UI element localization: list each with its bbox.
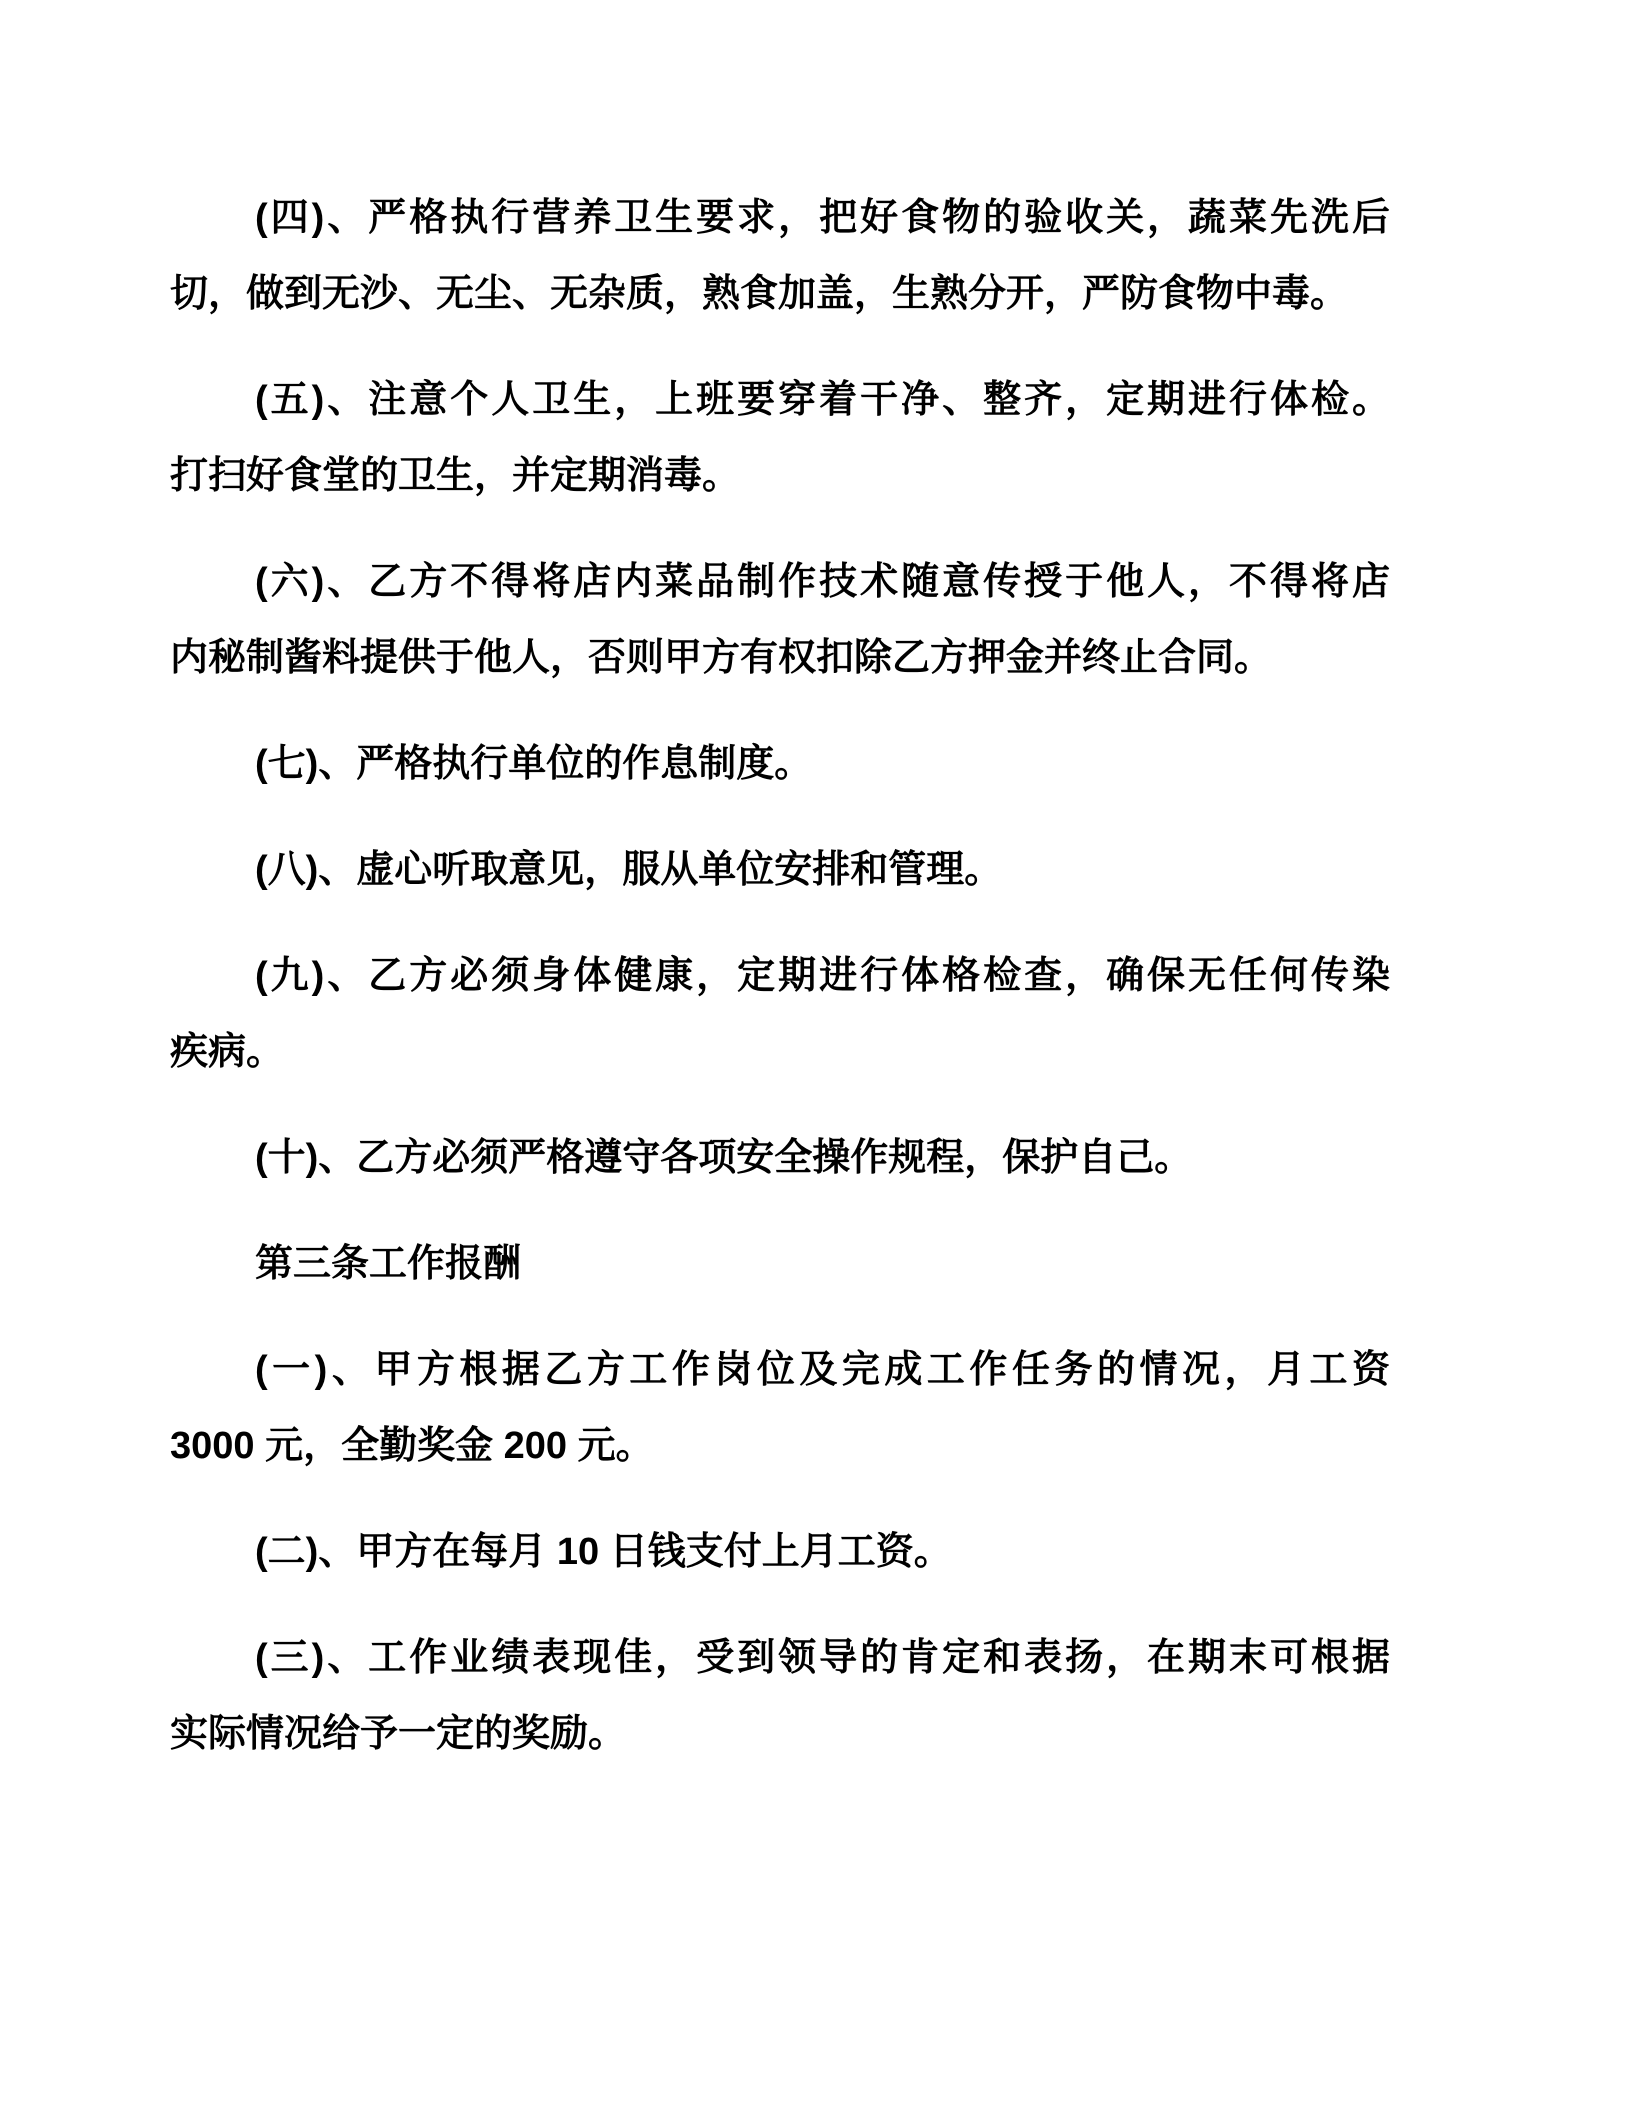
text-line: 实际情况给予一定的奖励。	[170, 1696, 1390, 1772]
paragraph: (十)、乙方必须严格遵守各项安全操作规程，保护自己。	[170, 1120, 1390, 1196]
text-line: (九)、乙方必须身体健康，定期进行体格检查，确保无任何传染	[170, 938, 1390, 1014]
text-line: 打扫好食堂的卫生，并定期消毒。	[170, 438, 1390, 514]
text-line: 疾病。	[170, 1014, 1390, 1090]
text-line: (四)、严格执行营养卫生要求，把好食物的验收关，蔬菜先洗后	[170, 180, 1390, 256]
paragraph: (七)、严格执行单位的作息制度。	[170, 726, 1390, 802]
text-line: (八)、虚心听取意见，服从单位安排和管理。	[170, 832, 1390, 908]
text-line: 切，做到无沙、无尘、无杂质，熟食加盖，生熟分开，严防食物中毒。	[170, 256, 1390, 332]
paragraph: (八)、虚心听取意见，服从单位安排和管理。	[170, 832, 1390, 908]
paragraph: (九)、乙方必须身体健康，定期进行体格检查，确保无任何传染疾病。	[170, 938, 1390, 1090]
text-line: 3000 元，全勤奖金 200 元。	[170, 1408, 1390, 1484]
paragraph: (四)、严格执行营养卫生要求，把好食物的验收关，蔬菜先洗后切，做到无沙、无尘、无…	[170, 180, 1390, 332]
document-body: (四)、严格执行营养卫生要求，把好食物的验收关，蔬菜先洗后切，做到无沙、无尘、无…	[170, 180, 1390, 1802]
text-line: (六)、乙方不得将店内菜品制作技术随意传授于他人，不得将店	[170, 544, 1390, 620]
text-line: (七)、严格执行单位的作息制度。	[170, 726, 1390, 802]
paragraph: 第三条工作报酬	[170, 1226, 1390, 1302]
paragraph: (三)、工作业绩表现佳，受到领导的肯定和表扬，在期末可根据实际情况给予一定的奖励…	[170, 1620, 1390, 1772]
text-line: (三)、工作业绩表现佳，受到领导的肯定和表扬，在期末可根据	[170, 1620, 1390, 1696]
text-line: (一)、甲方根据乙方工作岗位及完成工作任务的情况，月工资	[170, 1332, 1390, 1408]
text-line: 内秘制酱料提供于他人，否则甲方有权扣除乙方押金并终止合同。	[170, 620, 1390, 696]
text-line: (十)、乙方必须严格遵守各项安全操作规程，保护自己。	[170, 1120, 1390, 1196]
text-line: (五)、注意个人卫生，上班要穿着干净、整齐，定期进行体检。	[170, 362, 1390, 438]
text-line: (二)、甲方在每月 10 日钱支付上月工资。	[170, 1514, 1390, 1590]
paragraph: (五)、注意个人卫生，上班要穿着干净、整齐，定期进行体检。打扫好食堂的卫生，并定…	[170, 362, 1390, 514]
paragraph: (六)、乙方不得将店内菜品制作技术随意传授于他人，不得将店内秘制酱料提供于他人，…	[170, 544, 1390, 696]
text-line: 第三条工作报酬	[170, 1226, 1390, 1302]
paragraph: (一)、甲方根据乙方工作岗位及完成工作任务的情况，月工资3000 元，全勤奖金 …	[170, 1332, 1390, 1484]
paragraph: (二)、甲方在每月 10 日钱支付上月工资。	[170, 1514, 1390, 1590]
document-page: (四)、严格执行营养卫生要求，把好食物的验收关，蔬菜先洗后切，做到无沙、无尘、无…	[0, 0, 1632, 2112]
